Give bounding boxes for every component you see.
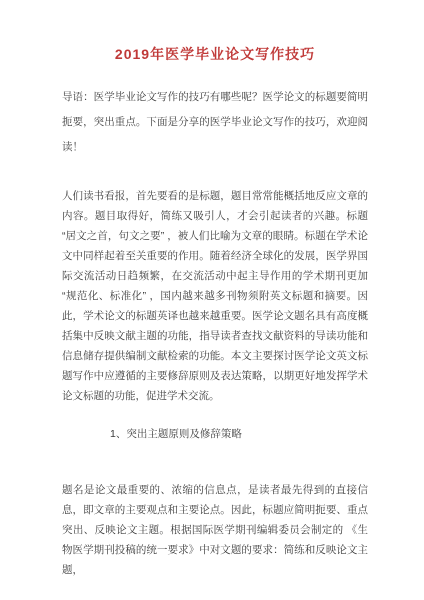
body-paragraph-2: 题名是论文最重要的、浓缩的信息点，是读者最先得到的直接信息，即文章的主要观点和主… bbox=[62, 480, 368, 580]
intro-paragraph: 导语：医学毕业论文写作的技巧有哪些呢？医学论文的标题要简明扼要，突出重点。下面是… bbox=[62, 85, 368, 160]
section-heading: 1、突出主题原则及修辞策略 bbox=[62, 424, 368, 444]
document-title: 2019年医学毕业论文写作技巧 bbox=[62, 44, 368, 64]
body-paragraph-1: 人们读书看报，首先要看的是标题，题目常常能概括地反应文章的内容。题目取得好，简练… bbox=[62, 186, 368, 406]
document-page: 2019年医学毕业论文写作技巧 导语：医学毕业论文写作的技巧有哪些呢？医学论文的… bbox=[0, 0, 424, 600]
